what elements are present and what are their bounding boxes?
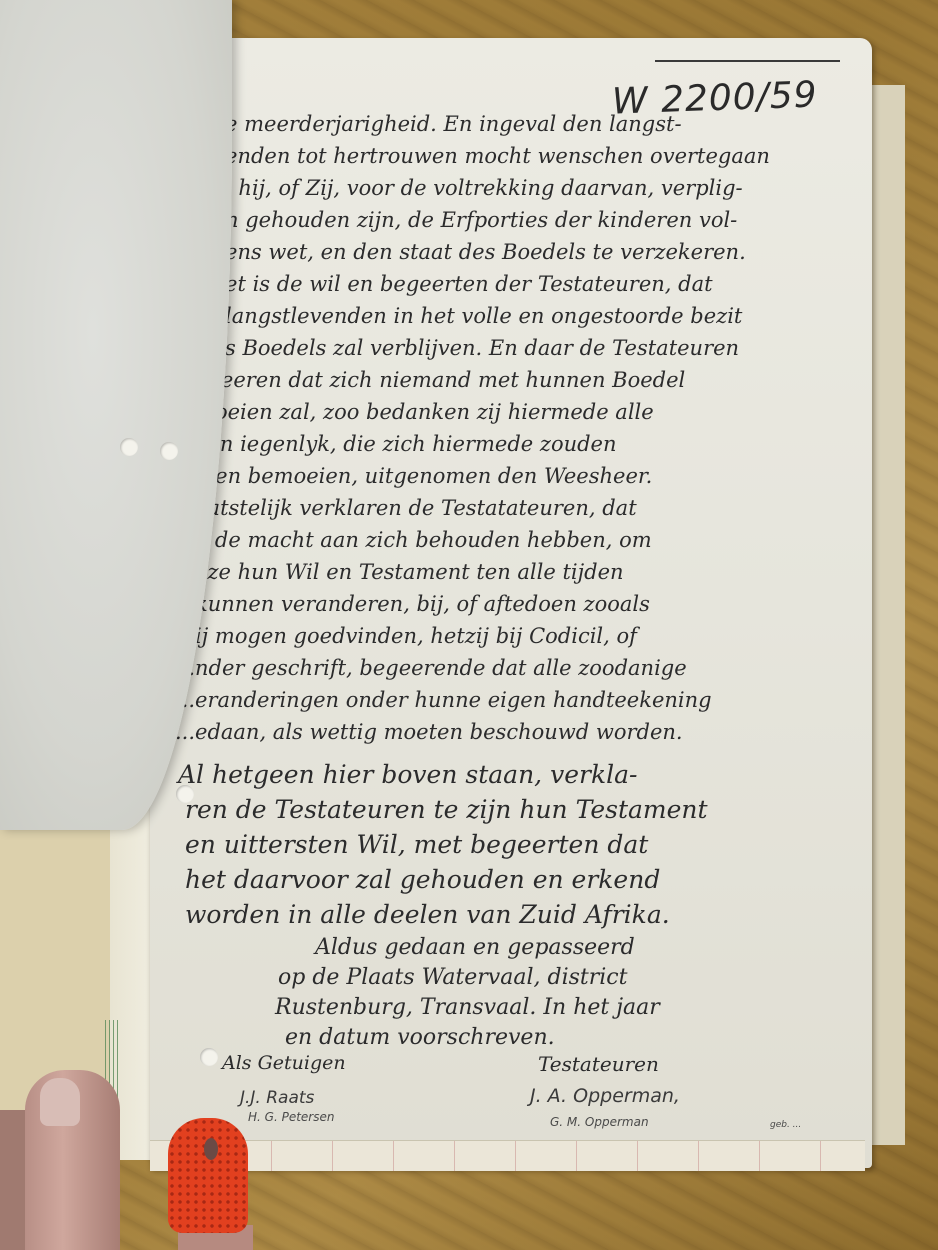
- body-line: ...eranderingen onder hunne eigen handte…: [175, 688, 712, 712]
- body-line: ...et is de wil en begeerten der Testate…: [205, 272, 713, 296]
- rubber-finger-thimble: [168, 1118, 248, 1233]
- body-line: ...moeien zal, zoo bedanken zij hiermede…: [175, 400, 654, 424]
- body-line: ...nder geschrift, begeerende dat alle z…: [175, 656, 687, 680]
- body-line: ...kunnen veranderen, bij, of aftedoen z…: [175, 592, 650, 616]
- final-paragraph-line: Al hetgeen hier boven staan, verkla-: [178, 760, 637, 789]
- punch-hole: [200, 1048, 218, 1066]
- testators-label: Testateuren: [538, 1052, 659, 1076]
- top-rule-line: [655, 60, 840, 62]
- thimble-vent: [204, 1138, 218, 1160]
- body-line: ...ij de macht aan zich behouden hebben,…: [175, 528, 652, 552]
- witnesses-label: Als Getuigen: [222, 1052, 346, 1074]
- body-line: ...ens wet, en den staat des Boedels te …: [205, 240, 746, 264]
- page-bottom-edge: [150, 1140, 865, 1171]
- punch-hole: [176, 785, 194, 803]
- closing-line: Aldus gedaan en gepasseerd: [315, 935, 635, 960]
- body-line: ...s Boedels zal verblijven. En daar de …: [205, 336, 739, 360]
- final-paragraph-line: het daarvoor zal gehouden en erkend: [185, 865, 660, 894]
- body-line: ...langstlevenden in het volle en ongest…: [205, 304, 742, 328]
- body-line: ...l hij, of Zij, voor de voltrekking da…: [205, 176, 743, 200]
- testator-signature: J. A. Opperman,: [530, 1085, 680, 1107]
- punch-hole: [160, 442, 178, 460]
- final-paragraph-line: worden in alle deelen van Zuid Afrika.: [185, 900, 670, 929]
- testator-signature-note: geb. ...: [770, 1120, 801, 1130]
- final-paragraph-line: ren de Testateuren te zijn hun Testament: [185, 795, 708, 824]
- witness-signature: J.J. Raats: [240, 1088, 314, 1108]
- body-line: ...illen bemoeien, uitgenomen den Weeshe…: [175, 464, 652, 488]
- final-paragraph-line: en uittersten Wil, met begeerten dat: [185, 830, 648, 859]
- body-line: ...enden tot hertrouwen mocht wenschen o…: [205, 144, 770, 168]
- closing-line: en datum voorschreven.: [285, 1025, 555, 1050]
- body-line: ...n gehouden zijn, de Erfporties der ki…: [205, 208, 737, 232]
- body-line: ...aatstelijk verklaren de Testatateuren…: [175, 496, 637, 520]
- closing-line: Rustenburg, Transvaal. In het jaar: [275, 995, 660, 1020]
- body-line: ...e meerderjarigheid. En ingeval den la…: [205, 112, 682, 136]
- body-line: ...ij mogen goedvinden, hetzij bij Codic…: [175, 624, 637, 648]
- body-line: ...eze hun Wil en Testament ten alle tij…: [175, 560, 624, 584]
- fingernail: [40, 1078, 80, 1126]
- body-line: ...egeeren dat zich niemand met hunnen B…: [175, 368, 685, 392]
- witness-signature: H. G. Petersen: [248, 1110, 334, 1124]
- testator-signature: G. M. Opperman: [550, 1115, 649, 1129]
- punch-hole: [120, 438, 138, 456]
- closing-line: op de Plaats Watervaal, district: [278, 965, 627, 990]
- body-line: ...een iegenlyk, die zich hiermede zoude…: [175, 432, 617, 456]
- body-line: ...edaan, als wettig moeten beschouwd wo…: [175, 720, 683, 744]
